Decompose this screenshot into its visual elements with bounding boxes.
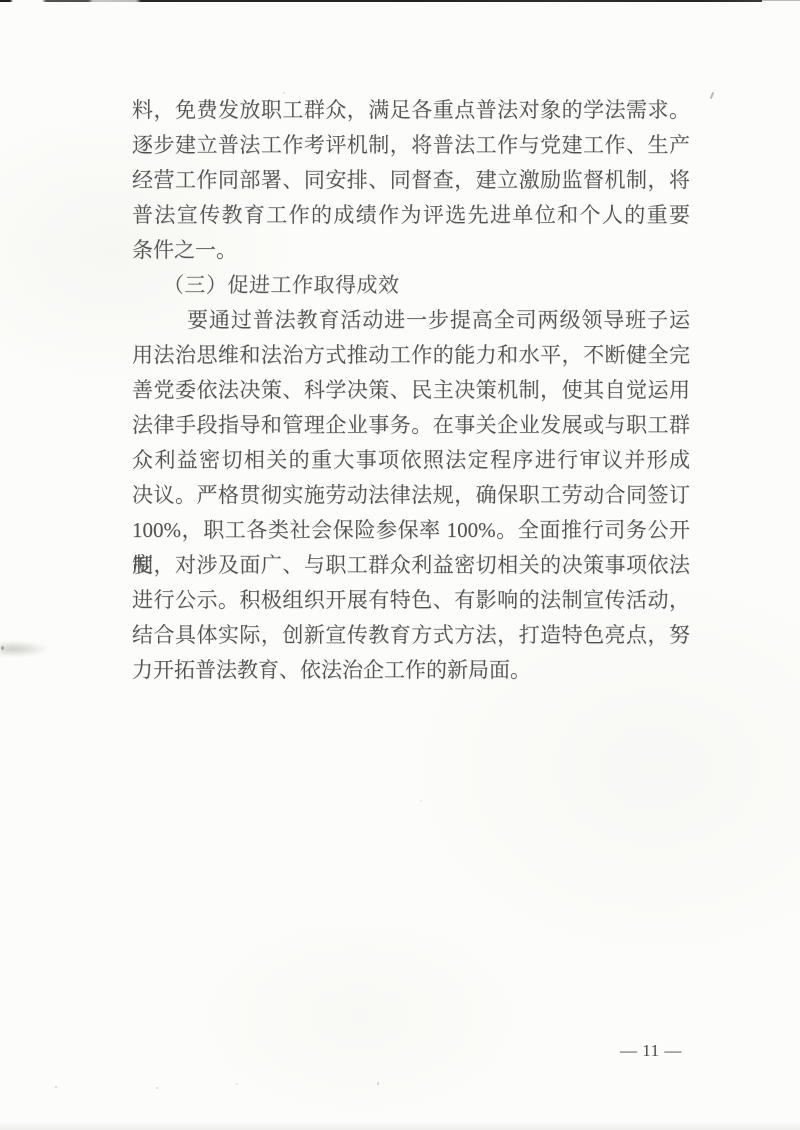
text-line: 条件之一。 bbox=[132, 233, 690, 268]
scanned-document-page: 料，免费发放职工群众，满足各重点普法对象的学法需求。逐步建立普法工作考评机制，将… bbox=[0, 0, 800, 1130]
text-line: 众利益密切相关的重大事项依照法定程序进行审议并形成 bbox=[132, 443, 690, 478]
scan-artifact-speck bbox=[710, 92, 714, 99]
text-line: 结合具体实际，创新宣传教育方式方法，打造特色亮点，努 bbox=[132, 618, 690, 653]
scan-artifact-speck bbox=[420, 800, 422, 802]
text-line: 要通过普法教育活动进一步提高全司两级领导班子运 bbox=[132, 303, 690, 338]
text-line: 用法治思维和法治方式推动工作的能力和水平，不断健全完 bbox=[132, 338, 690, 373]
text-line: 决议。严格贯彻实施劳动法律法规，确保职工劳动合同签订 bbox=[132, 478, 690, 513]
text-line: 善党委依法决策、科学决策、民主决策机制，使其自觉运用 bbox=[132, 373, 690, 408]
text-line: 逐步建立普法工作考评机制，将普法工作与党建工作、生产 bbox=[132, 128, 690, 163]
text-line: 进行公示。积极组织开展有特色、有影响的法制宣传活动， bbox=[132, 583, 690, 618]
scan-artifact-bottom-shade bbox=[0, 1121, 800, 1130]
scan-artifact-top-edge bbox=[0, 0, 762, 2]
text-line: 普法宣传教育工作的成绩作为评选先进单位和个人的重要 bbox=[132, 198, 690, 233]
scan-artifact-speck bbox=[156, 1087, 158, 1089]
scan-artifact-speck bbox=[377, 1082, 379, 1085]
text-line: 力开拓普法教育、依法治企工作的新局面。 bbox=[132, 653, 690, 688]
page-number: — 11 — bbox=[620, 1041, 700, 1061]
text-line: 100%，职工各类社会保险参保率 100%。全面推行司务公开制 bbox=[132, 513, 690, 548]
text-line: 料，免费发放职工群众，满足各重点普法对象的学法需求。 bbox=[132, 93, 690, 128]
scan-artifact-speck bbox=[55, 1086, 57, 1088]
scan-artifact-left-smudge bbox=[0, 641, 48, 657]
text-line: 法律手段指导和管理企业事务。在事关企业发展或与职工群 bbox=[132, 408, 690, 443]
scan-artifact-left-smudge-dot bbox=[1, 646, 4, 650]
section-heading: （三）促进工作取得成效 bbox=[131, 268, 690, 303]
scan-artifact-speck bbox=[236, 1083, 238, 1085]
text-line: 度，对涉及面广、与职工群众利益密切相关的决策事项依法 bbox=[132, 548, 690, 583]
text-line: 经营工作同部署、同安排、同督查，建立激励监督机制，将 bbox=[132, 163, 690, 198]
document-text-block: 料，免费发放职工群众，满足各重点普法对象的学法需求。逐步建立普法工作考评机制，将… bbox=[132, 93, 690, 688]
scan-artifact-top-edge-tail bbox=[762, 0, 800, 1]
